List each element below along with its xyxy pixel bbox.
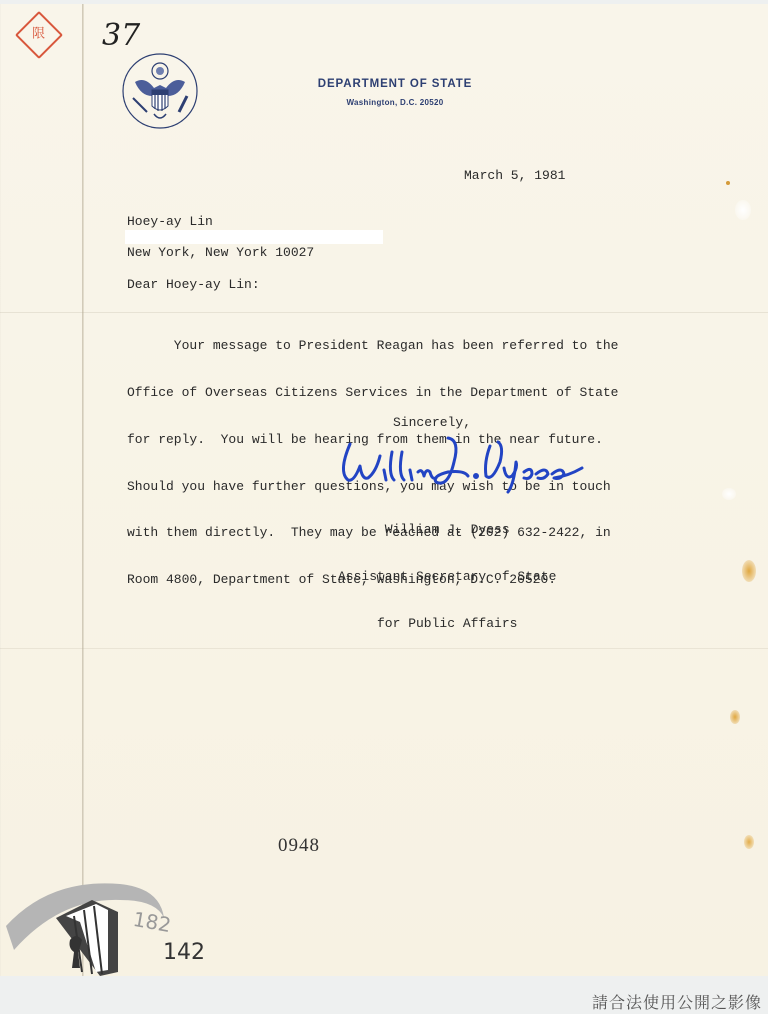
letterhead: DEPARTMENT OF STATE Washington, D.C. 205…: [290, 78, 500, 107]
body-line: Your message to President Reagan has bee…: [127, 338, 618, 354]
recipient-city: New York, New York 10027: [127, 245, 314, 261]
letter-date: March 5, 1981: [464, 168, 565, 184]
signer-name: William J. Dyess: [338, 522, 556, 538]
archive-stamp-text: 限: [32, 20, 45, 50]
document-number: 0948: [278, 835, 320, 857]
recipient-name: Hoey-ay Lin: [127, 214, 213, 230]
closing: Sincerely,: [393, 415, 471, 431]
paper-blemish: [735, 200, 751, 220]
letterhead-organization: DEPARTMENT OF STATE: [290, 78, 500, 90]
handwritten-note: 142: [163, 940, 205, 965]
signature-block: William J. Dyess Assistant Secretary of …: [338, 491, 556, 647]
salutation: Dear Hoey-ay Lin:: [127, 277, 260, 293]
signer-department: for Public Affairs: [338, 616, 556, 632]
left-margin-fold: [82, 4, 84, 976]
age-spot: [726, 181, 730, 185]
paper-blemish: [722, 488, 736, 500]
redacted-street-address: [125, 230, 383, 244]
paper-fold-lower: [0, 648, 768, 649]
age-spot: [730, 710, 740, 724]
body-line: Office of Overseas Citizens Services in …: [127, 385, 618, 401]
age-spot: [742, 560, 756, 582]
age-spot: [744, 835, 754, 849]
letterhead-address: Washington, D.C. 20520: [290, 98, 500, 107]
handwritten-page-number: 37: [102, 18, 140, 53]
signer-title: Assistant Secretary of State: [338, 569, 556, 585]
great-seal-icon: [121, 52, 199, 130]
handwritten-signature: William J. Dyess: [336, 432, 586, 494]
usage-watermark: 請合法使用公開之影像: [592, 990, 762, 1013]
